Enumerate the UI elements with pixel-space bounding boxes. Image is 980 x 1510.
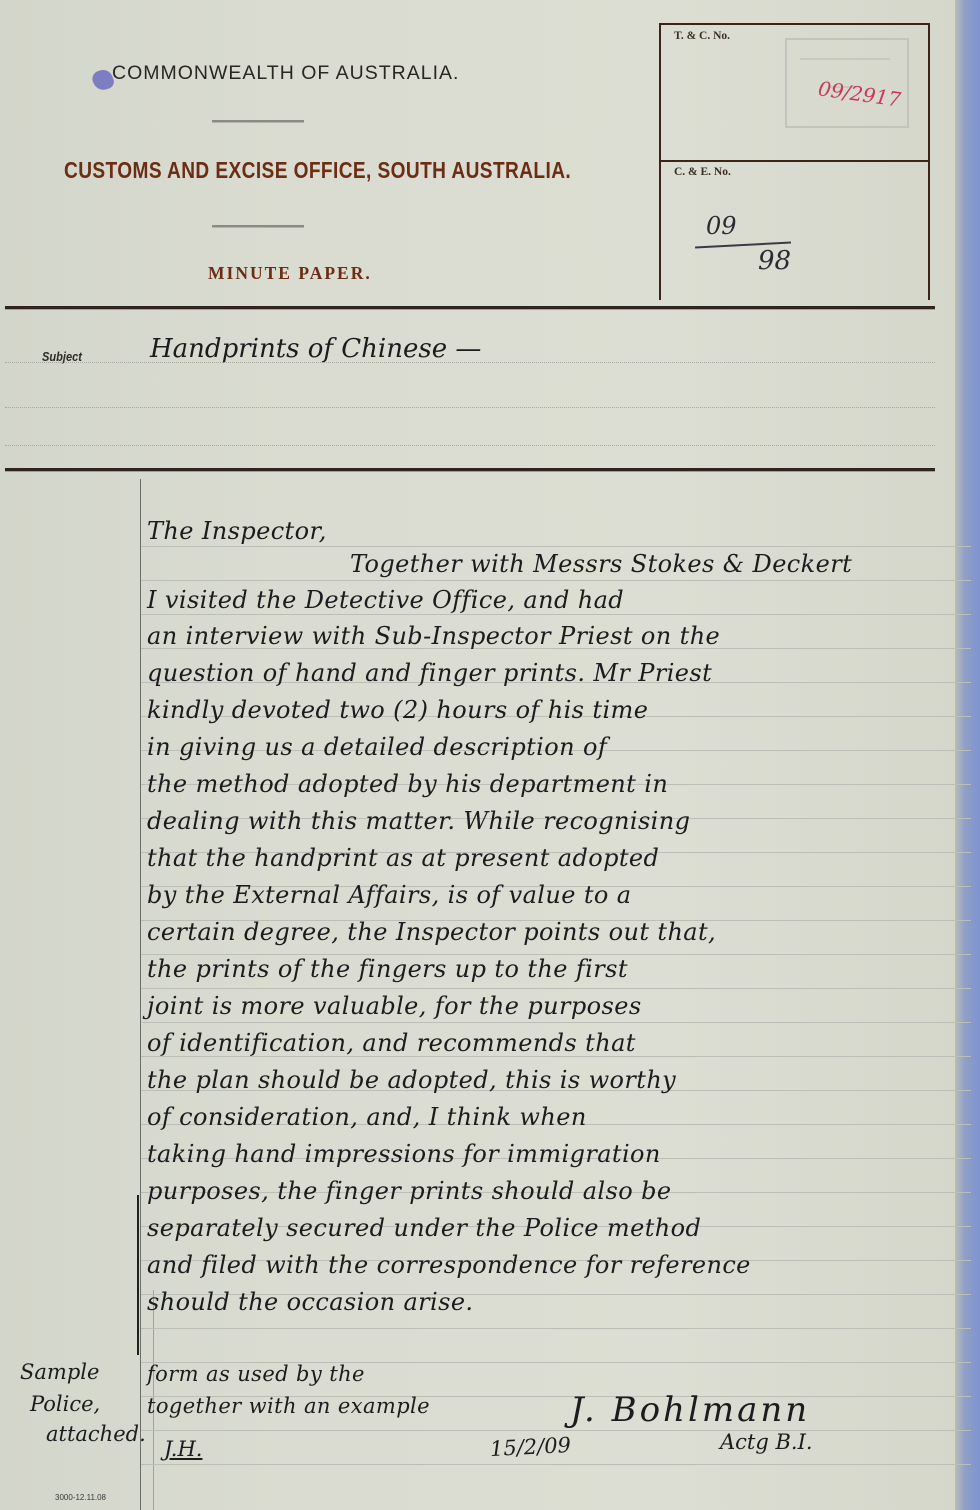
letter-line: an interview with Sub-Inspector Priest o… bbox=[147, 622, 720, 650]
letter-line: the prints of the fingers up to the firs… bbox=[147, 955, 628, 983]
ruled-line bbox=[141, 988, 971, 989]
subject-dotted-line bbox=[5, 362, 935, 363]
letter-line: kindly devoted two (2) hours of his time bbox=[147, 696, 648, 724]
letter-date: 15/2/09 bbox=[489, 1433, 571, 1461]
letter-line: by the External Affairs, is of value to … bbox=[147, 881, 631, 909]
ruled-line bbox=[141, 546, 971, 547]
letter-line: question of hand and finger prints. Mr P… bbox=[147, 659, 712, 687]
letter-line: and filed with the correspondence for re… bbox=[147, 1251, 751, 1279]
subject-value: Handprints of Chinese — bbox=[150, 334, 481, 364]
letter-line: of consideration, and, I think when bbox=[147, 1103, 587, 1131]
header-commonwealth: COMMONWEALTH OF AUSTRALIA. bbox=[112, 62, 459, 85]
initials: J.H. bbox=[164, 1437, 202, 1461]
signature: J. Bohlmann bbox=[570, 1390, 810, 1430]
letter-line: dealing with this matter. While recognis… bbox=[147, 807, 690, 835]
letter-line: in giving us a detailed description of bbox=[147, 733, 607, 761]
header-divider bbox=[212, 120, 304, 123]
ruled-line bbox=[141, 1464, 971, 1465]
letter-line: that the handprint as at present adopted bbox=[147, 844, 659, 872]
margin-note-line: Police, bbox=[30, 1392, 100, 1416]
ruled-line bbox=[141, 1328, 971, 1329]
letter-line: the plan should be adopted, this is wort… bbox=[147, 1066, 676, 1094]
subject-dotted-line bbox=[5, 407, 935, 408]
letter-line: taking hand impressions for immigration bbox=[147, 1140, 661, 1168]
letter-line: purposes, the finger prints should also … bbox=[147, 1177, 671, 1205]
letter-salutation: The Inspector, bbox=[147, 517, 327, 545]
letter-line: together with an example bbox=[147, 1394, 430, 1418]
letter-line: of identification, and recommends that bbox=[147, 1029, 636, 1057]
ce-number-bottom: 98 bbox=[758, 246, 791, 276]
letter-line: joint is more valuable, for the purposes bbox=[147, 992, 642, 1020]
letter-line: Together with Messrs Stokes & Deckert bbox=[350, 550, 852, 578]
margin-bracket bbox=[137, 1195, 139, 1355]
ruled-line bbox=[141, 1430, 971, 1431]
ce-number-top: 09 bbox=[706, 212, 737, 240]
letter-line: separately secured under the Police meth… bbox=[147, 1214, 701, 1242]
ce-number-label: C. & E. No. bbox=[674, 166, 731, 178]
subject-dotted-line bbox=[5, 445, 935, 446]
letter-line: I visited the Detective Office, and had bbox=[147, 586, 624, 614]
section-rule bbox=[5, 306, 935, 310]
ruled-line bbox=[141, 580, 971, 581]
stamp-line bbox=[800, 58, 890, 60]
margin-note-line: Sample bbox=[20, 1360, 99, 1384]
ruled-line bbox=[141, 1022, 971, 1023]
letter-line: form as used by the bbox=[147, 1362, 365, 1386]
header-divider bbox=[212, 225, 304, 228]
letter-line: should the occasion arise. bbox=[147, 1288, 473, 1316]
letter-line: the method adopted by his department in bbox=[147, 770, 668, 798]
print-code: 3000-12.11.08 bbox=[55, 1493, 106, 1502]
signature-title: Actg B.I. bbox=[720, 1430, 813, 1454]
header-minute-paper: MINUTE PAPER. bbox=[208, 263, 372, 284]
header-office: CUSTOMS AND EXCISE OFFICE, SOUTH AUSTRAL… bbox=[64, 157, 571, 184]
letter-line: certain degree, the Inspector points out… bbox=[147, 918, 716, 946]
section-rule bbox=[5, 468, 935, 472]
reference-box-divider bbox=[659, 160, 928, 162]
margin-note-line: attached. bbox=[46, 1422, 146, 1446]
background-edge bbox=[955, 0, 980, 1510]
margin-rule bbox=[140, 479, 141, 1510]
ruled-line bbox=[141, 614, 971, 615]
tc-number-label: T. & C. No. bbox=[674, 30, 730, 42]
